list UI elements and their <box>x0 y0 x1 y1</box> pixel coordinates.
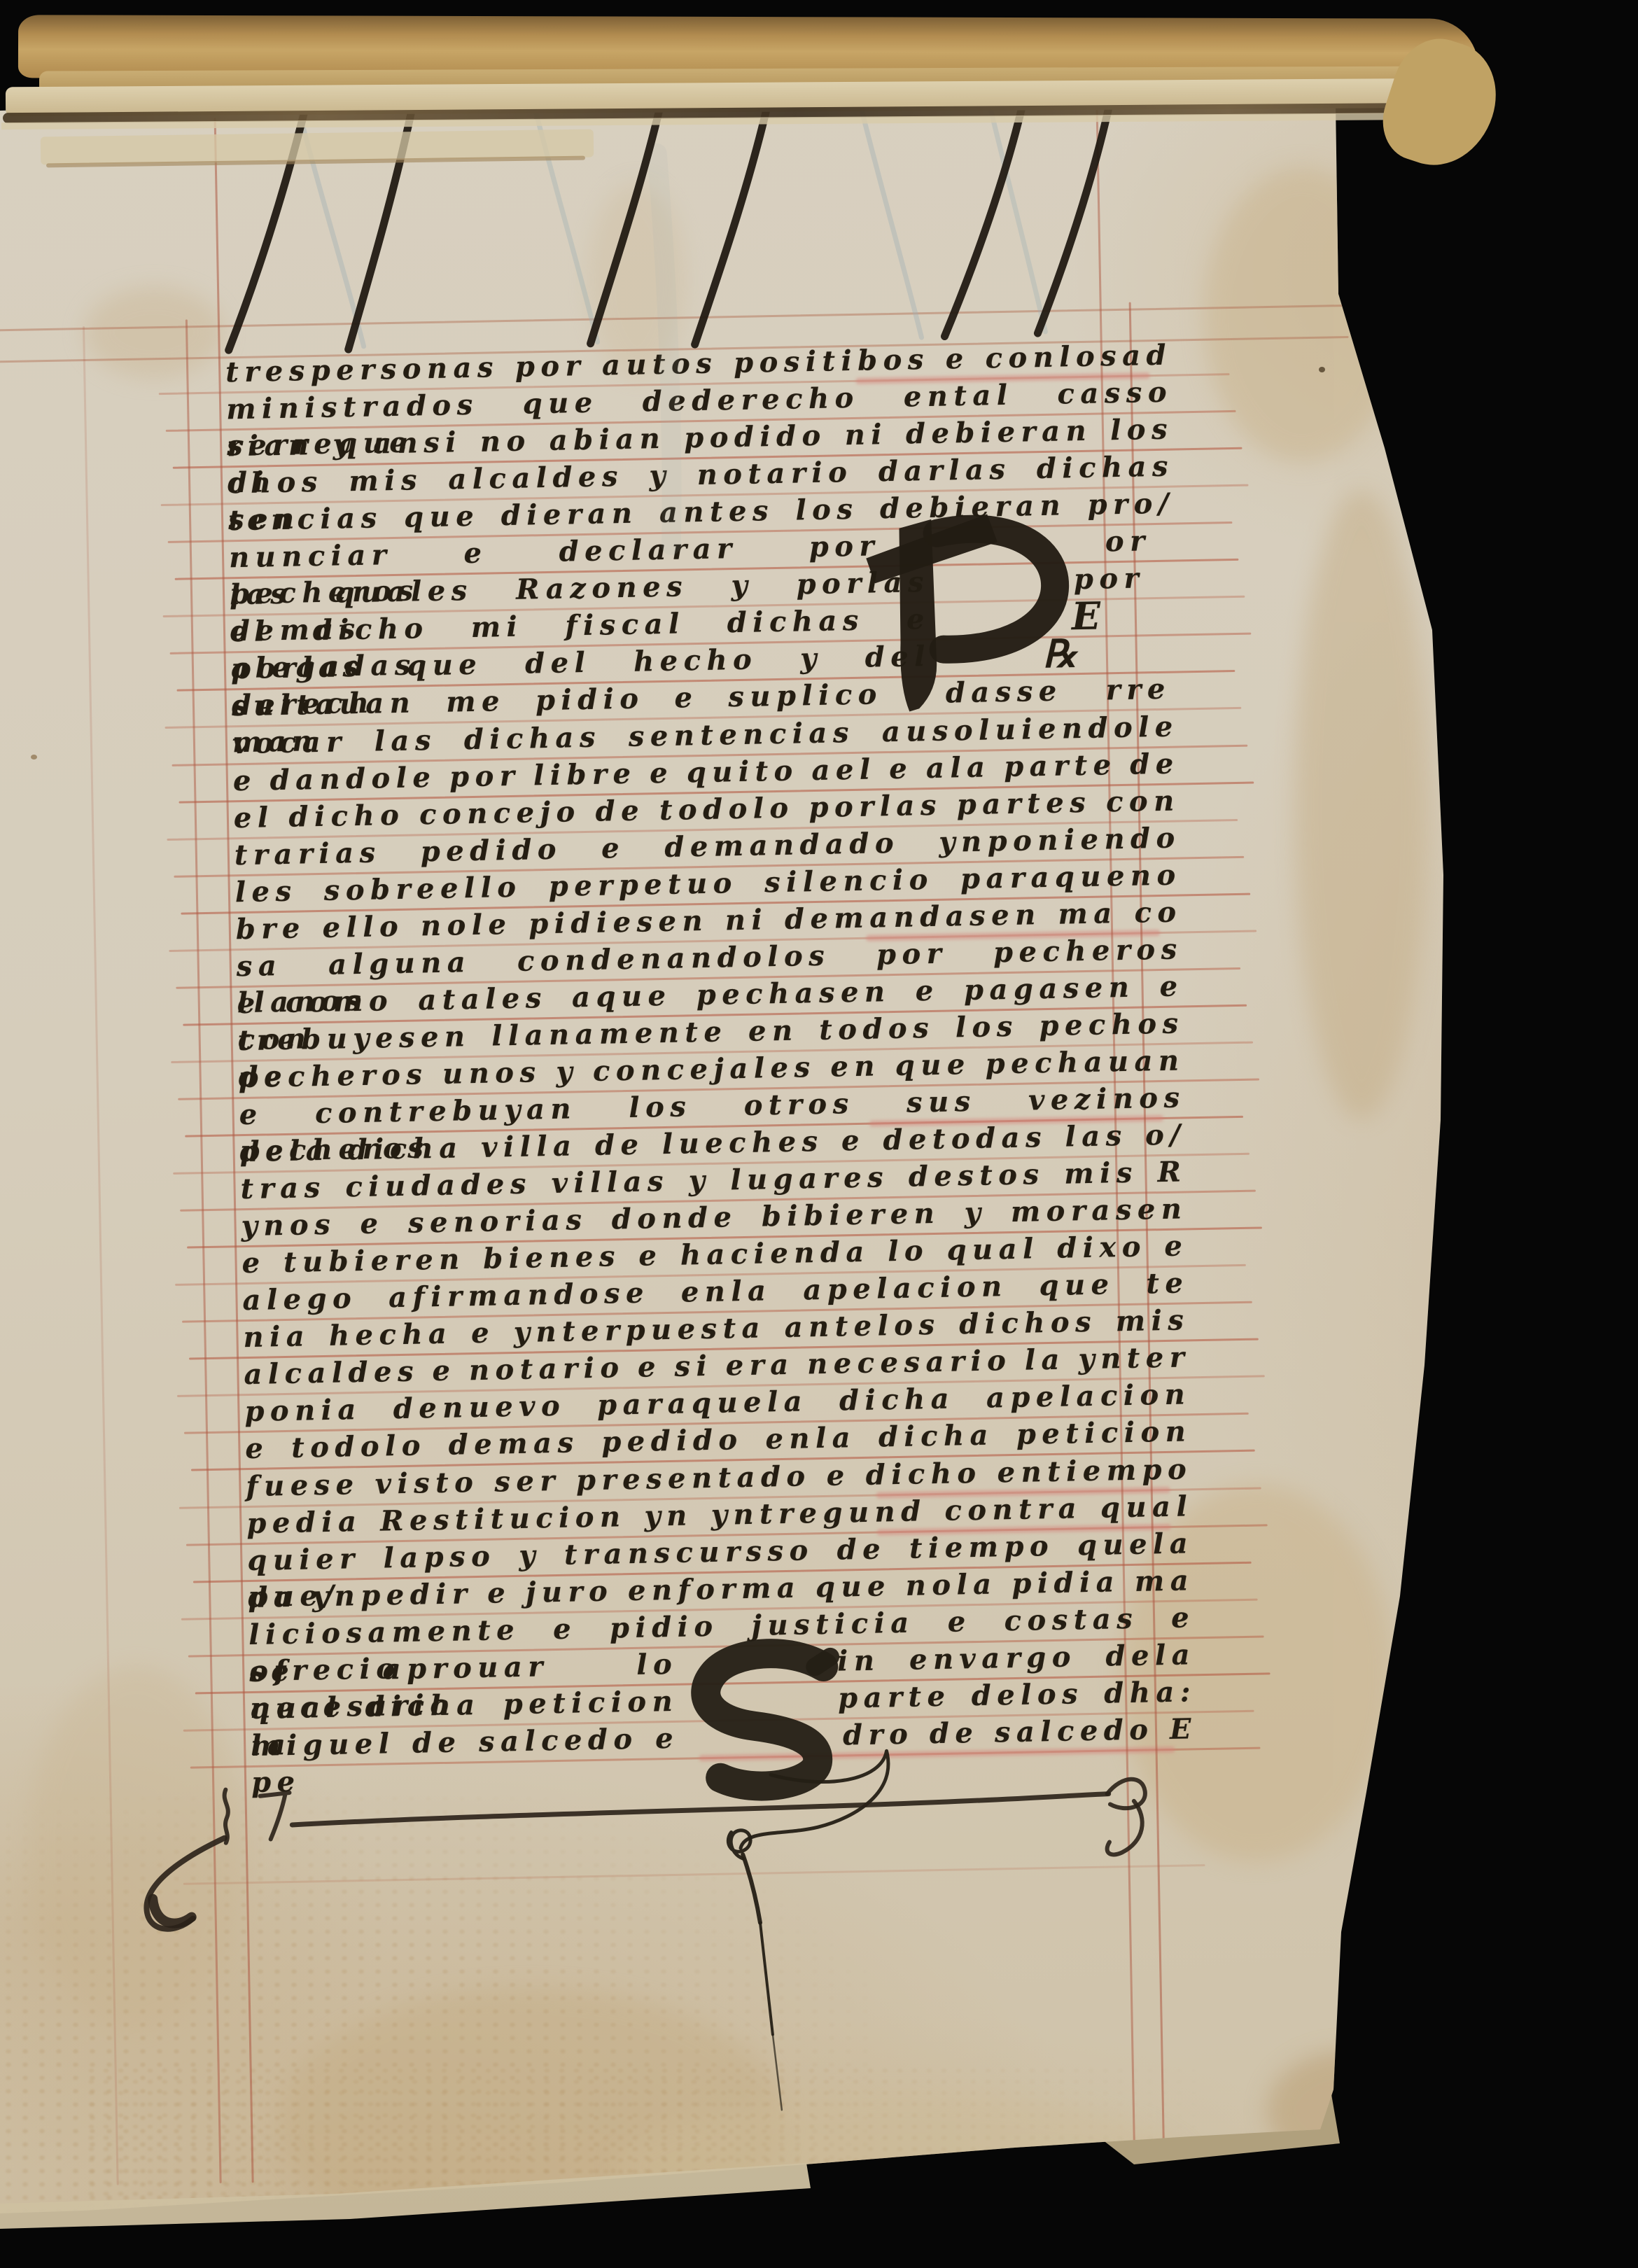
text-block: trespersonas por autos positibos e conlo… <box>0 0 1618 5</box>
page-content: trespersonas por autos positibos e conlo… <box>0 0 1638 2268</box>
manuscript-photo: trespersonas por autos positibos e conlo… <box>0 0 1638 2268</box>
chalk-marks <box>299 97 1049 552</box>
initial-p <box>865 513 1057 713</box>
bottom-flourishes <box>144 1773 1147 1930</box>
initial-s <box>705 1651 895 2111</box>
ruling-lines <box>0 0 1618 5</box>
parchment-page: trespersonas por autos positibos e conlo… <box>0 0 1638 2268</box>
ink-overlay <box>0 0 1638 2268</box>
